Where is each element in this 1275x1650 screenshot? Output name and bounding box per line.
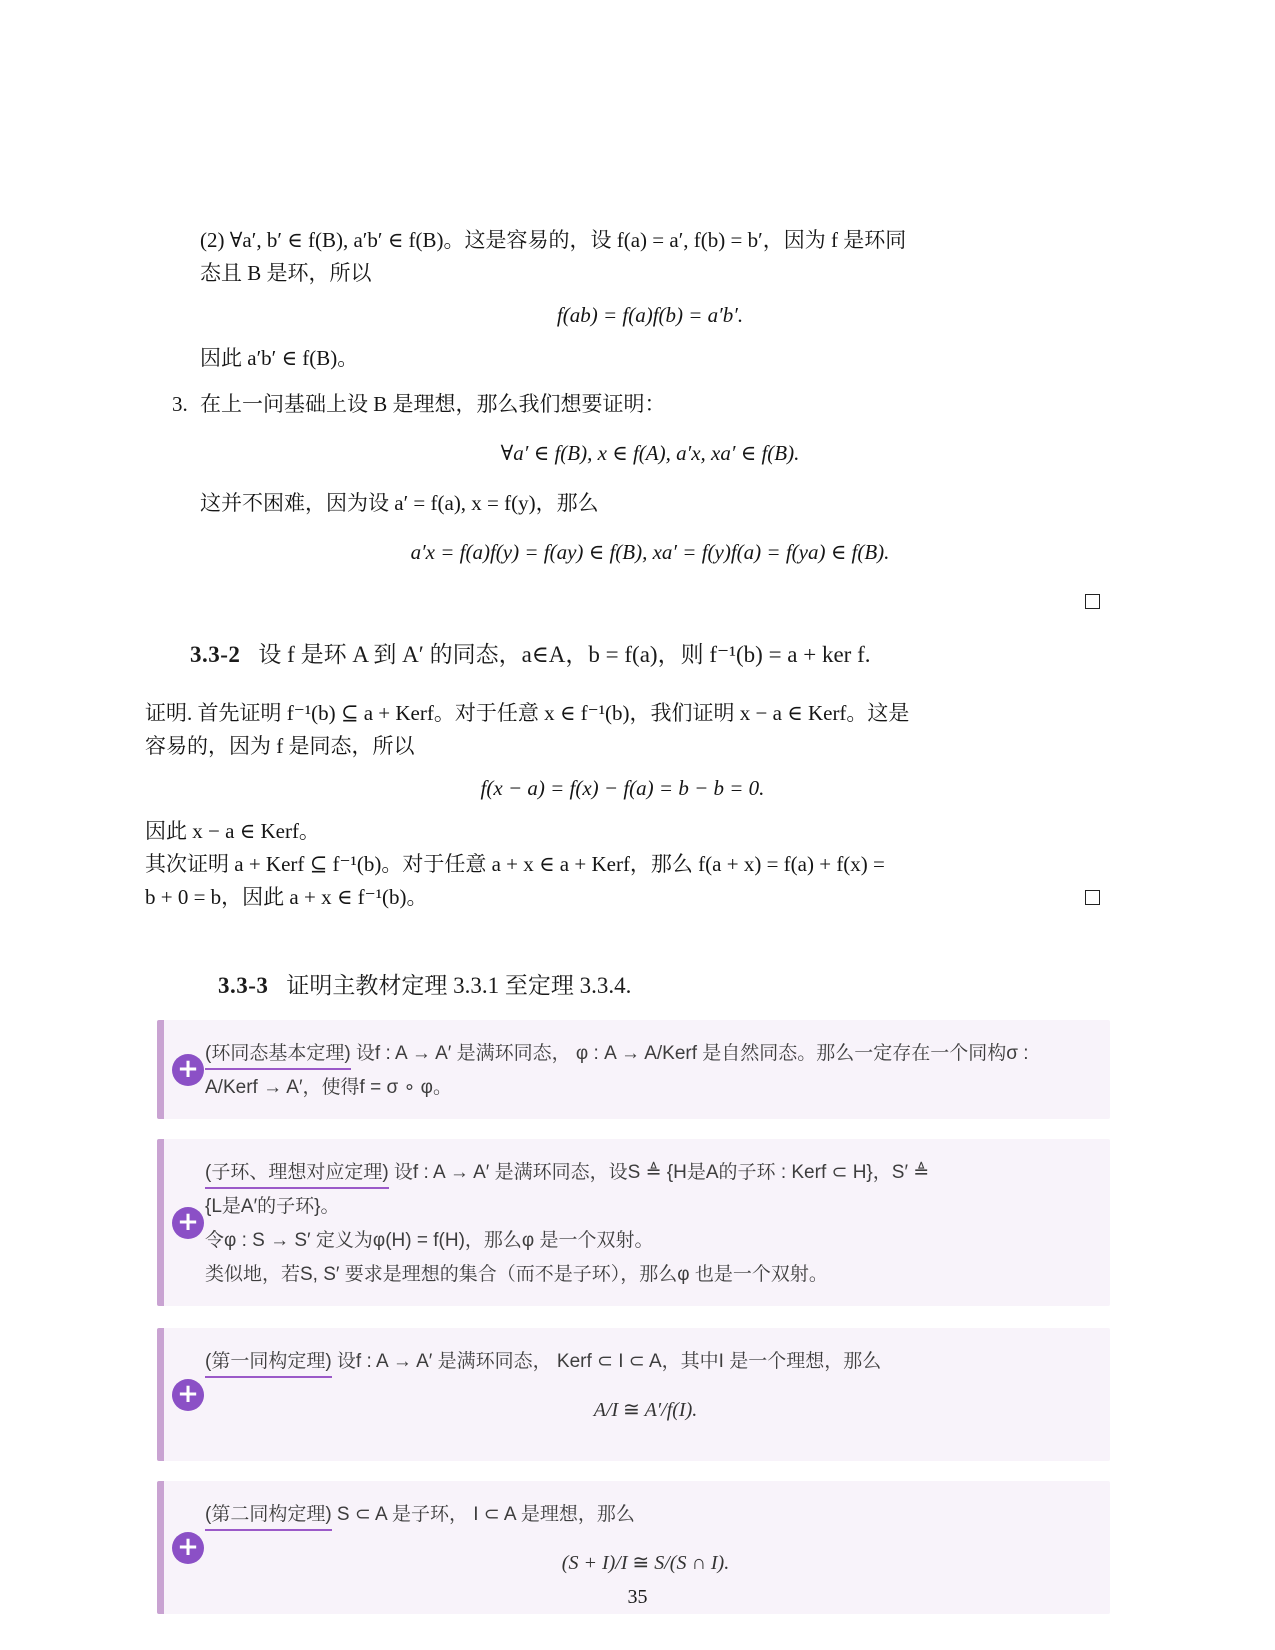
document-page: (2) ∀a′, b′ ∈ f(B), a′b′ ∈ f(B)。这是容易的，设 …: [0, 0, 1275, 1650]
exercise-3-3-3-heading: 3.3-3证明主教材定理 3.3.1 至定理 3.3.4.: [218, 968, 1100, 1004]
theorem-text: 设f : A → A′ 是满环同态， Kerf ⊂ I ⊂ A，其中I 是一个理…: [332, 1351, 882, 1372]
paragraph-line: b + 0 = b，因此 a + x ∈ f⁻¹(b)。: [145, 881, 1100, 914]
theorem-line: 类似地，若S, S′ 要求是理想的集合（而不是子环），那么φ 也是一个双射。: [205, 1258, 1086, 1292]
exercise-statement: 证明主教材定理 3.3.1 至定理 3.3.4.: [286, 973, 631, 998]
display-formula: ∀a′ ∈ f(B), x ∈ f(A), a′x, xa′ ∈ f(B).: [200, 437, 1100, 470]
plus-icon: +: [172, 1054, 204, 1086]
plus-icon: +: [172, 1207, 204, 1239]
theorem-title: (第一同构定理): [205, 1349, 332, 1378]
theorem-text: S ⊂ A 是子环， I ⊂ A 是理想，那么: [332, 1504, 635, 1525]
paragraph-line: 证明. 首先证明 f⁻¹(b) ⊆ a + Kerf。对于任意 x ∈ f⁻¹(…: [145, 697, 1100, 730]
exercise-statement: 设 f 是环 A 到 A′ 的同态，a∈A，b = f(a)，则 f⁻¹(b) …: [258, 642, 870, 667]
theorem-line: (第一同构定理) 设f : A → A′ 是满环同态， Kerf ⊂ I ⊂ A…: [205, 1345, 1086, 1379]
theorem-line: {L是A′的子环}。: [205, 1190, 1086, 1224]
display-formula: f(x − a) = f(x) − f(a) = b − b = 0.: [145, 772, 1100, 805]
display-formula: a′x = f(a)f(y) = f(ay) ∈ f(B), xa′ = f(y…: [200, 536, 1100, 569]
theorem-text: 设f : A → A′ 是满环同态，设S ≜ {H是A的子环 : Kerf ⊂ …: [389, 1162, 930, 1183]
theorem-line: (第二同构定理) S ⊂ A 是子环， I ⊂ A 是理想，那么: [205, 1498, 1086, 1532]
paragraph-line: 容易的，因为 f 是同态，所以: [145, 730, 1100, 763]
proof-end-line: [145, 586, 1100, 606]
paragraph-line: 这并不困难，因为设 a′ = f(a), x = f(y)，那么: [200, 487, 1100, 520]
theorem-formula: A/I ≅ A′/f(I).: [205, 1393, 1086, 1427]
theorem-title: (子环、理想对应定理): [205, 1160, 389, 1189]
paragraph-line: 在上一问基础上设 B 是理想，那么我们想要证明：: [200, 388, 1100, 421]
paragraph-line: 态且 B 是环，所以: [200, 257, 1100, 290]
display-formula: f(ab) = f(a)f(b) = a′b′.: [200, 299, 1100, 332]
qed-square-icon: [1085, 890, 1100, 905]
plus-icon: +: [172, 1379, 204, 1411]
exercise-number: 3.3-2: [190, 642, 240, 667]
theorem-callout-ring-homomorphism: + (环同态基本定理) 设f : A → A′ 是满环同态， φ : A → A…: [157, 1020, 1110, 1119]
exercise-3-3-2-heading: 3.3-2设 f 是环 A 到 A′ 的同态，a∈A，b = f(a)，则 f⁻…: [190, 637, 1100, 673]
paragraph-line: 因此 x − a ∈ Kerf。: [145, 815, 1100, 848]
theorem-title: (环同态基本定理): [205, 1041, 351, 1070]
paragraph-line: 其次证明 a + Kerf ⊆ f⁻¹(b)。对于任意 a + x ∈ a + …: [145, 848, 1100, 881]
solution-item-2: (2) ∀a′, b′ ∈ f(B), a′b′ ∈ f(B)。这是容易的，设 …: [145, 224, 1100, 375]
theorem-callout-correspondence: + (子环、理想对应定理) 设f : A → A′ 是满环同态，设S ≜ {H是…: [157, 1139, 1110, 1306]
theorem-line: (子环、理想对应定理) 设f : A → A′ 是满环同态，设S ≜ {H是A的…: [205, 1156, 1086, 1190]
solution-item-3: 3. 在上一问基础上设 B 是理想，那么我们想要证明： ∀a′ ∈ f(B), …: [145, 388, 1100, 569]
plus-icon: +: [172, 1532, 204, 1564]
theorem-title: (第二同构定理): [205, 1502, 332, 1531]
theorem-line: A/Kerf → A′，使得f = σ ∘ φ。: [205, 1071, 1086, 1105]
proof-3-3-2: 证明. 首先证明 f⁻¹(b) ⊆ a + Kerf。对于任意 x ∈ f⁻¹(…: [145, 697, 1100, 914]
list-marker: 3.: [172, 388, 188, 421]
paragraph-line: 因此 a′b′ ∈ f(B)。: [200, 342, 1100, 375]
page-number: 35: [0, 1581, 1275, 1614]
theorem-formula: (S + I)/I ≅ S/(S ∩ I).: [205, 1546, 1086, 1580]
paragraph-text: b + 0 = b，因此 a + x ∈ f⁻¹(b)。: [145, 885, 428, 909]
qed-square-icon: [1085, 594, 1100, 609]
theorem-callout-first-isomorphism: + (第一同构定理) 设f : A → A′ 是满环同态， Kerf ⊂ I ⊂…: [157, 1328, 1110, 1461]
theorem-text: 设f : A → A′ 是满环同态， φ : A → A/Kerf 是自然同态。…: [351, 1043, 1029, 1064]
theorem-line: 令φ : S → S′ 定义为φ(H) = f(H)，那么φ 是一个双射。: [205, 1224, 1086, 1258]
theorem-line: (环同态基本定理) 设f : A → A′ 是满环同态， φ : A → A/K…: [205, 1037, 1086, 1071]
paragraph-line: (2) ∀a′, b′ ∈ f(B), a′b′ ∈ f(B)。这是容易的，设 …: [200, 224, 1100, 257]
exercise-number: 3.3-3: [218, 973, 268, 998]
